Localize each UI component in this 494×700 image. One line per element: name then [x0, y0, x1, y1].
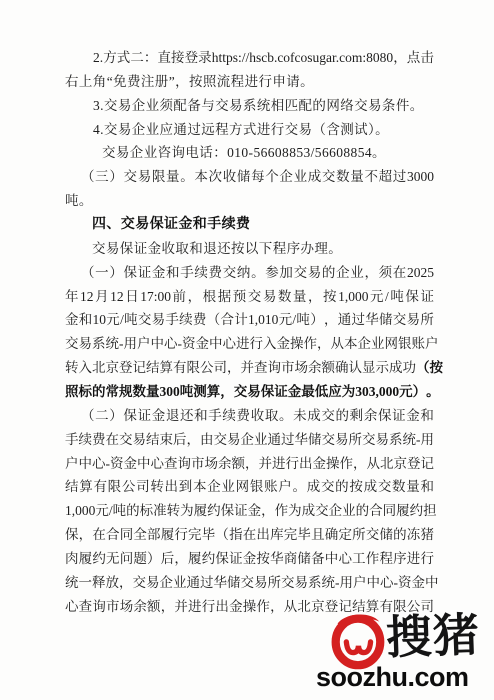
text-segment: 资 [110, 452, 124, 476]
text-segment: 预 [233, 285, 247, 309]
text-segment: 费 [237, 404, 251, 428]
text-segment: 12 [110, 285, 124, 309]
text-segment: 算 [160, 356, 174, 380]
text-segment: 剩 [350, 404, 364, 428]
text-segment: 手 [165, 308, 179, 332]
text-segment: 和 [420, 475, 434, 499]
text-segment: 履 [194, 499, 208, 523]
text-segment: 企 [207, 475, 221, 499]
text-segment: 易 [295, 571, 309, 595]
text-segment: 司 [136, 475, 150, 499]
text-segment: 到 [179, 475, 193, 499]
text-segment: 合 [220, 308, 234, 332]
text-segment: 吨 [180, 380, 194, 404]
text-segment: 证 [138, 261, 152, 285]
text-line: 交易系统-用户中心-资金中心进行入金操作，从本企业网银账户 [65, 332, 434, 356]
text-segment: 易 [407, 308, 421, 332]
text-segment: ） [109, 404, 123, 428]
text-segment: 手 [180, 261, 194, 285]
text-segment: 储 [308, 428, 322, 452]
text-segment: 统 [322, 571, 336, 595]
text-segment: 17:00 [140, 285, 171, 309]
text-segment: 进 [188, 595, 202, 619]
document-body: 2.方式二：直接登录https://hscb.cofcosugar.com:80… [65, 46, 434, 619]
text-segment: 纳 [237, 261, 251, 285]
text-segment: ， [261, 499, 275, 523]
text-segment: 心 [92, 452, 106, 476]
text-segment: 。 [251, 261, 265, 285]
text-segment: 询 [178, 452, 192, 476]
text-segment: 京 [106, 356, 120, 380]
text-segment: 不 [364, 165, 378, 189]
text-segment: 二 [130, 46, 144, 70]
text-segment: 金 [248, 499, 262, 523]
text-line: 交易企业咨询电话：010-56608853/56608854。 [65, 141, 434, 165]
text-segment: 释 [92, 571, 106, 595]
text-segment: 方 [103, 46, 117, 70]
text-segment: 问 [120, 547, 134, 571]
text-segment: 示 [376, 356, 390, 380]
text-segment: 加 [279, 261, 293, 285]
text-segment: 保 [378, 404, 392, 428]
text-segment: 交 [214, 428, 228, 452]
text-segment: 日 [125, 285, 139, 309]
text-segment: 网 [385, 332, 399, 356]
soozhu-url-text: soozhu.com [316, 663, 469, 691]
text-segment: 金 [243, 547, 257, 571]
text-segment: 储 [237, 165, 251, 189]
text-segment: 金 [124, 452, 138, 476]
text-segment: 2. [93, 46, 103, 70]
text-segment: ， [270, 595, 284, 619]
text-segment: 额 [232, 452, 246, 476]
text-segment: ， [245, 452, 259, 476]
text-segment: 企 [160, 571, 174, 595]
text-segment: 交 [393, 308, 407, 332]
text-segment: 场 [205, 452, 219, 476]
text-segment: ） [109, 165, 123, 189]
text-segment: 作 [256, 595, 270, 619]
text-segment: 库 [270, 523, 284, 547]
text-segment: 公 [122, 475, 136, 499]
text-segment: 储 [227, 571, 241, 595]
text-segment: 成 [389, 356, 403, 380]
text-segment: 按 [323, 285, 337, 309]
text-segment: ， [220, 380, 234, 404]
text-segment: 证 [420, 285, 434, 309]
text-segment: 交 [315, 499, 329, 523]
text-segment: 冻 [407, 523, 421, 547]
text-segment: 中 [209, 332, 223, 356]
text-segment: 在 [243, 523, 257, 547]
text-segment: 金 [196, 332, 210, 356]
text-segment: 登 [407, 452, 421, 476]
text-segment: 交 [321, 404, 335, 428]
text-segment: 成 [364, 475, 378, 499]
text-segment: 前 [173, 285, 187, 309]
text-segment: 交 [248, 285, 262, 309]
text-segment: 企 [329, 499, 343, 523]
text-segment: 京 [394, 452, 408, 476]
text-segment: 北 [380, 452, 394, 476]
text-segment: 金 [412, 571, 426, 595]
text-segment: 约 [92, 547, 106, 571]
text-segment: 收 [251, 404, 265, 428]
text-segment: ， [324, 308, 338, 332]
text-segment: 确 [335, 356, 349, 380]
text-segment: 2025 [407, 261, 434, 285]
text-segment: 过 [281, 428, 295, 452]
text-segment: 交 [322, 428, 336, 452]
text-segment: 额 [322, 356, 336, 380]
text-segment: 年 [65, 285, 79, 309]
text-segment: 询 [268, 356, 282, 380]
text-segment: 交 [366, 523, 380, 547]
text-segment: 华 [214, 571, 228, 595]
text-segment: 易 [79, 332, 93, 356]
text-segment: 保 [65, 523, 79, 547]
text-segment: 并 [174, 595, 188, 619]
text-segment: 出 [215, 595, 229, 619]
text-segment: 按 [430, 356, 444, 380]
text-segment: 且 [311, 523, 325, 547]
text-segment: 业 [371, 332, 385, 356]
text-segment: 场 [120, 595, 134, 619]
text-segment: 结 [146, 428, 160, 452]
text-segment: （ [207, 308, 221, 332]
text-segment: 为 [180, 499, 194, 523]
text-segment: 标 [140, 499, 154, 523]
text-line: 转入北京登记结算有限公司，并查询市场余额确认显示成功（按 [65, 356, 434, 380]
text-segment: 出 [256, 523, 270, 547]
text-segment: 的 [322, 261, 336, 285]
text-segment: 心 [223, 332, 237, 356]
text-segment: 由 [200, 428, 214, 452]
text-segment: 操 [290, 332, 304, 356]
text-segment: 约 [202, 547, 216, 571]
text-segment: 交 [321, 475, 335, 499]
text-segment: 公 [200, 356, 214, 380]
text-segment: 费 [92, 428, 106, 452]
text-segment: 量 [350, 165, 364, 189]
text-segment: 储 [379, 523, 393, 547]
text-segment: ） [413, 380, 427, 404]
text-line: （三）交易限量。本次收储每个企业成交数量不超过3000 [65, 165, 434, 189]
text-line: 手续费在交易结束后，由交易企业通过华储交易所交易系统-用 [65, 428, 434, 452]
text-segment: 通 [187, 571, 201, 595]
text-segment: 储 [379, 308, 393, 332]
text-segment: 完 [188, 523, 202, 547]
text-segment: 统 [403, 428, 417, 452]
text-segment: ， [161, 595, 175, 619]
text-segment: 易 [133, 428, 147, 452]
text-segment: 数 [392, 475, 406, 499]
text-segment: 须 [379, 261, 393, 285]
text-segment: 履 [79, 547, 93, 571]
text-segment: 完 [284, 523, 298, 547]
text-segment: 场 [295, 356, 309, 380]
text-segment: 。 [180, 165, 194, 189]
text-segment: 未 [293, 404, 307, 428]
text-segment: 业 [294, 165, 308, 189]
text-segment: 余 [308, 356, 322, 380]
text-segment: 金 [152, 404, 166, 428]
text-segment: 户 [278, 475, 292, 499]
text-segment: 交 [133, 571, 147, 595]
text-segment: 个 [265, 165, 279, 189]
text-segment: 成 [302, 499, 316, 523]
text-segment: 超 [379, 165, 393, 189]
text-segment: （ [81, 404, 95, 428]
text-segment: 行 [202, 595, 216, 619]
text-segment: 证 [229, 547, 243, 571]
text-segment: 约 [410, 499, 424, 523]
text-segment: 系 [92, 332, 106, 356]
text-segment: ， [317, 332, 331, 356]
text-segment: 毕 [202, 523, 216, 547]
text-segment: 的 [356, 499, 370, 523]
text-segment: 履 [188, 547, 202, 571]
text-segment: ） [147, 547, 161, 571]
text-segment: 户 [65, 452, 79, 476]
text-segment: 次 [209, 165, 223, 189]
text-segment: 余 [218, 452, 232, 476]
soozhu-brand-text: 搜猪 [385, 607, 481, 666]
text-segment: 易 [254, 571, 268, 595]
text-segment: 银 [250, 475, 264, 499]
text-segment: 照 [65, 380, 79, 404]
text-segment: ， [119, 571, 133, 595]
text-segment: 入 [263, 332, 277, 356]
text-segment: 元 [106, 308, 120, 332]
text-segment: 合 [106, 523, 120, 547]
text-segment: 的 [335, 475, 349, 499]
text-segment: 部 [147, 523, 161, 547]
text-segment: 保 [124, 261, 138, 285]
text-segment: 吨 [296, 308, 310, 332]
text-segment: 操 [326, 452, 340, 476]
text-segment: 企 [279, 165, 293, 189]
text-segment: 易 [376, 428, 390, 452]
text-segment: 保 [405, 285, 419, 309]
text-segment: 登 [119, 356, 133, 380]
text-segment: 结 [65, 475, 79, 499]
text-segment: 数 [278, 285, 292, 309]
text-segment: 击 [420, 46, 434, 70]
text-segment: 统 [106, 332, 120, 356]
text-segment: 保 [123, 404, 137, 428]
text-segment: 交 [124, 165, 138, 189]
text-segment: 数 [133, 380, 147, 404]
text-segment: 量 [293, 285, 307, 309]
text-segment: 。 [426, 380, 440, 404]
text-line: 肉履约无问题）后，履约保证金按华商储备中心工作程序进行 [65, 547, 434, 571]
text-segment: 所 [349, 428, 363, 452]
text-segment: 肉 [65, 547, 79, 571]
text-segment: 吨。 [65, 193, 93, 208]
text-segment: 的 [92, 380, 106, 404]
text-segment: 业 [254, 428, 268, 452]
text-segment: 行 [420, 547, 434, 571]
text-segment: https://hscb.cofcosugar.com:8080 [212, 46, 393, 70]
text-segment: 业 [342, 499, 356, 523]
text-segment: 过 [351, 308, 365, 332]
text-line: 右上角“免费注册”，按照流程进行申请。 [65, 70, 434, 94]
text-segment: 的 [126, 499, 140, 523]
text-segment: 点 [407, 46, 421, 70]
text-segment: 认 [349, 356, 363, 380]
text-segment: 金 [65, 308, 79, 332]
text-segment: 用 [124, 332, 138, 356]
text-segment: 心 [164, 332, 178, 356]
text-segment: ） [310, 308, 324, 332]
text-segment: 企 [241, 428, 255, 452]
text-segment: 式 [117, 46, 131, 70]
text-segment: 和 [420, 404, 434, 428]
text-segment: （ [81, 261, 95, 285]
text-segment: 1,000 [338, 285, 368, 309]
text-segment: 一 [79, 571, 93, 595]
text-segment: 3000 [407, 165, 434, 189]
text-segment: 中 [79, 452, 93, 476]
text-segment: 右上角“免费注册”，按照流程进行申请。 [65, 74, 314, 89]
text-segment: 心 [151, 452, 165, 476]
text-segment: 中 [425, 571, 439, 595]
text-segment: 统 [65, 571, 79, 595]
text-segment: 量 [406, 475, 420, 499]
text-segment: 金 [152, 261, 166, 285]
text-segment: 司 [214, 356, 228, 380]
text-line: 1,000元/吨的标准转为履约保证金，作为成交企业的合同履约担 [65, 499, 434, 523]
text-segment: （ [81, 165, 95, 189]
text-segment: 户 [425, 332, 439, 356]
text-segment: 易 [335, 428, 349, 452]
text-segment: 手 [208, 404, 222, 428]
text-segment: 账 [264, 475, 278, 499]
text-segment: 放 [106, 571, 120, 595]
text-segment: 退 [166, 404, 180, 428]
text-segment: 续 [194, 261, 208, 285]
text-segment: 易 [308, 261, 322, 285]
text-segment: 资 [182, 332, 196, 356]
text-segment: 还 [180, 404, 194, 428]
text-segment: 操 [243, 595, 257, 619]
text-segment: 业 [173, 571, 187, 595]
text-segment: 市 [281, 356, 295, 380]
text-segment: 1,010 [248, 308, 278, 332]
text-segment: 和 [166, 261, 180, 285]
text-segment: 同 [120, 523, 134, 547]
text-segment: ： [144, 46, 158, 70]
soozhu-watermark: 搜猪 soozhu.com [312, 607, 488, 697]
text-segment: 常 [106, 380, 120, 404]
text-segment: 交 [138, 308, 152, 332]
text-segment: 履 [161, 523, 175, 547]
text-segment: 的 [393, 523, 407, 547]
text-segment: 交 [234, 380, 248, 404]
text-segment: 并 [241, 356, 255, 380]
text-segment: 标 [79, 380, 93, 404]
text-segment: 金 [406, 404, 420, 428]
text-line: 交易保证金收取和退还按以下程序办理。 [65, 237, 434, 261]
text-segment: 按 [256, 547, 270, 571]
text-segment: 限 [152, 165, 166, 189]
text-segment: 交 [322, 165, 336, 189]
text-segment: 。 [293, 475, 307, 499]
text-segment: 交 [281, 571, 295, 595]
text-segment: 易 [227, 428, 241, 452]
text-segment: 户 [353, 571, 367, 595]
text-segment: 保 [221, 499, 235, 523]
text-segment: 12 [80, 285, 94, 309]
text-segment: ， [393, 46, 407, 70]
text-segment: 交 [362, 428, 376, 452]
text-segment: 储 [297, 547, 311, 571]
text-segment: 市 [106, 595, 120, 619]
text-segment: 本 [193, 475, 207, 499]
text-segment: 在 [106, 428, 120, 452]
text-segment: 华 [365, 308, 379, 332]
text-segment: 交 [241, 571, 255, 595]
text-segment: 交易企业咨询电话：010-56608853/56608854。 [102, 145, 386, 160]
text-segment: 有 [93, 475, 107, 499]
text-segment: 保 [261, 380, 275, 404]
text-segment: 和 [194, 404, 208, 428]
text-segment: 心 [65, 595, 79, 619]
text-segment: 进 [407, 547, 421, 571]
text-segment: 四、交易保证金和手续费 [92, 217, 250, 232]
text-segment: 系 [308, 571, 322, 595]
text-segment: 收 [223, 165, 237, 189]
text-segment: / [385, 285, 389, 309]
text-segment: 所 [420, 308, 434, 332]
text-segment: 限 [108, 475, 122, 499]
text-segment: 过 [200, 571, 214, 595]
text-segment: 中 [137, 452, 151, 476]
text-segment: 金 [313, 452, 327, 476]
text-segment: 金 [229, 595, 243, 619]
text-segment: 华 [295, 428, 309, 452]
text-segment: 行 [286, 452, 300, 476]
text-segment: 备 [311, 547, 325, 571]
text-segment: 手 [65, 428, 79, 452]
text-segment: 续 [79, 428, 93, 452]
text-segment: 月 [95, 285, 109, 309]
text-segment: 资 [398, 571, 412, 595]
text-segment: 证 [274, 380, 288, 404]
text-segment: （ [215, 523, 229, 547]
text-segment: 余 [364, 404, 378, 428]
text-segment: 程 [379, 547, 393, 571]
text-segment: 作 [340, 452, 354, 476]
text-segment: 工 [352, 547, 366, 571]
text-segment: 续 [222, 404, 236, 428]
text-segment: 为 [342, 380, 356, 404]
text-segment: 限 [187, 356, 201, 380]
text-line: 年12月12日17:00前，根据预交易数量，按1,000元/吨保证 [65, 285, 434, 309]
text-segment: 猪 [420, 523, 434, 547]
text-segment: 查 [164, 452, 178, 476]
text-segment: 规 [119, 380, 133, 404]
text-segment: 元 [370, 285, 384, 309]
text-segment: 心 [380, 571, 394, 595]
text-segment: 303,000 [355, 380, 399, 404]
text-segment: 测 [193, 380, 207, 404]
text-segment: ， [187, 428, 201, 452]
text-segment: 成 [308, 165, 322, 189]
text-segment: 后 [161, 547, 175, 571]
text-segment: 华 [270, 547, 284, 571]
